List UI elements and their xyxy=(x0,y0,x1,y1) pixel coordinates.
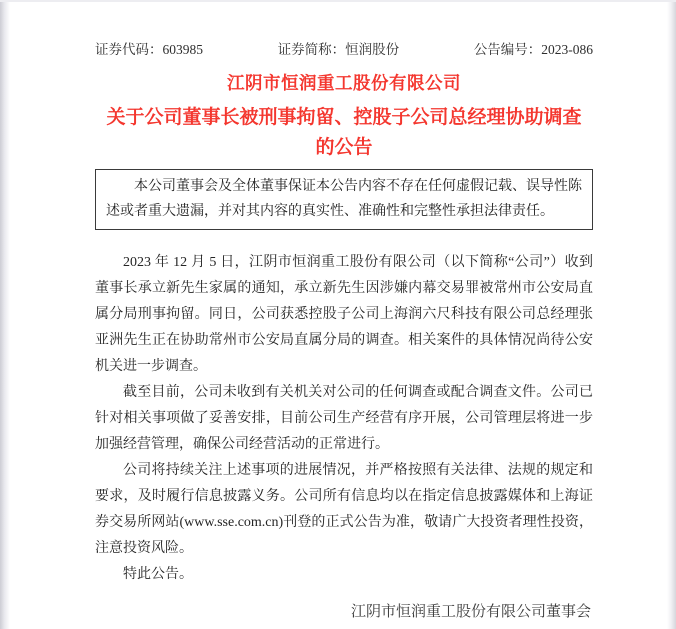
securities-header-row: 证券代码：603985 证券简称：恒润股份 公告编号：2023-086 xyxy=(95,0,593,59)
announcement-number-label: 公告编号： xyxy=(474,42,542,57)
securities-abbreviation-label: 证券简称： xyxy=(278,42,346,57)
board-declaration-text: 本公司董事会及全体董事保证本公告内容不存在任何虚假记载、误导性陈述或者重大遗漏，… xyxy=(106,179,582,219)
paragraph-event-description: 2023 年 12 月 5 日，江阴市恒润重工股份有限公司（以下简称“公司”）收… xyxy=(95,250,593,380)
securities-code: 证券代码：603985 xyxy=(95,41,203,59)
scan-edge-right xyxy=(667,0,676,629)
board-declaration-box: 本公司董事会及全体董事保证本公告内容不存在任何虚假记载、误导性陈述或者重大遗漏，… xyxy=(95,169,593,230)
announcement-title: 关于公司董事长被刑事拘留、控股子公司总经理协助调查的公告 xyxy=(103,103,585,163)
board-signature: 江阴市恒润重工股份有限公司董事会 xyxy=(95,602,593,623)
paragraph-company-status: 截至目前，公司未收到有关机关对公司的任何调查或配合调查文件。公司已针对相关事项做… xyxy=(95,380,593,458)
securities-abbreviation-value: 恒润股份 xyxy=(345,42,399,57)
announcement-body: 2023 年 12 月 5 日，江阴市恒润重工股份有限公司（以下简称“公司”）收… xyxy=(95,250,593,588)
paragraph-disclosure-commitment: 公司将持续关注上述事项的进展情况，并严格按照有关法律、法规的规定和要求，及时履行… xyxy=(95,458,593,562)
announcement-number-value: 2023-086 xyxy=(541,42,593,57)
securities-abbreviation: 证券简称：恒润股份 xyxy=(278,41,400,59)
announcement-page: 证券代码：603985 证券简称：恒润股份 公告编号：2023-086 江阴市恒… xyxy=(95,0,593,623)
securities-code-value: 603985 xyxy=(163,42,204,57)
announcement-number: 公告编号：2023-086 xyxy=(474,41,593,59)
paragraph-closing: 特此公告。 xyxy=(95,562,593,588)
scan-edge-left xyxy=(0,0,10,629)
company-name-title: 江阴市恒润重工股份有限公司 xyxy=(95,72,593,94)
securities-code-label: 证券代码： xyxy=(95,42,163,57)
